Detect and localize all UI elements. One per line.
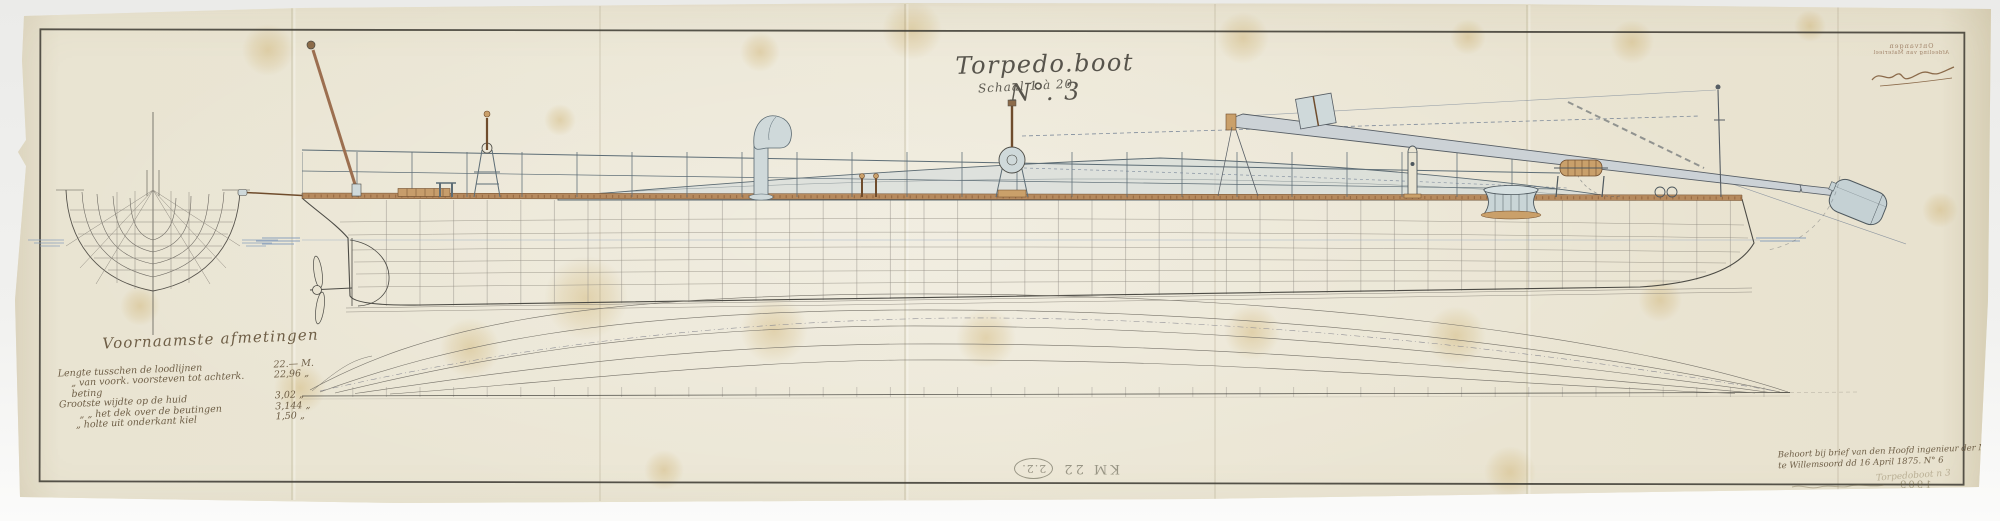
dimensions-table: Voornaamste afmetingen Lengte tusschen d…	[56, 324, 370, 432]
stamp-line1: Ontvangen	[1860, 42, 1962, 50]
propeller	[310, 256, 352, 325]
skylight	[398, 189, 450, 197]
receipt-stamp: Ontvangen Afdeeling van Materieel	[1860, 42, 1962, 56]
railing-stanchions	[302, 152, 1558, 197]
spar-shield	[1295, 93, 1336, 129]
paper-sheet: Torpedo.boot N°. 3 Schaal 1 à 20. Voorna…	[0, 0, 2000, 521]
pencil-circled-number: 2.2.	[1014, 458, 1053, 479]
pencil-reversed-numbers: 1909	[1898, 480, 1931, 491]
dimension-value: 22,96 „	[274, 368, 335, 391]
capstan	[1481, 186, 1541, 220]
half-breadth-plan	[302, 294, 1858, 399]
body-plan	[28, 112, 278, 335]
stamp-signature	[1872, 67, 1954, 86]
pencil-archive-mark: KM 22 2.2.	[1000, 458, 1120, 479]
pencil-km-number: KM 22	[1061, 461, 1120, 476]
scanned-ship-plan: Torpedo.boot N°. 3 Schaal 1 à 20. Voorna…	[0, 0, 2000, 521]
stamp-line2: Afdeeling van Materieel	[1860, 50, 1962, 56]
